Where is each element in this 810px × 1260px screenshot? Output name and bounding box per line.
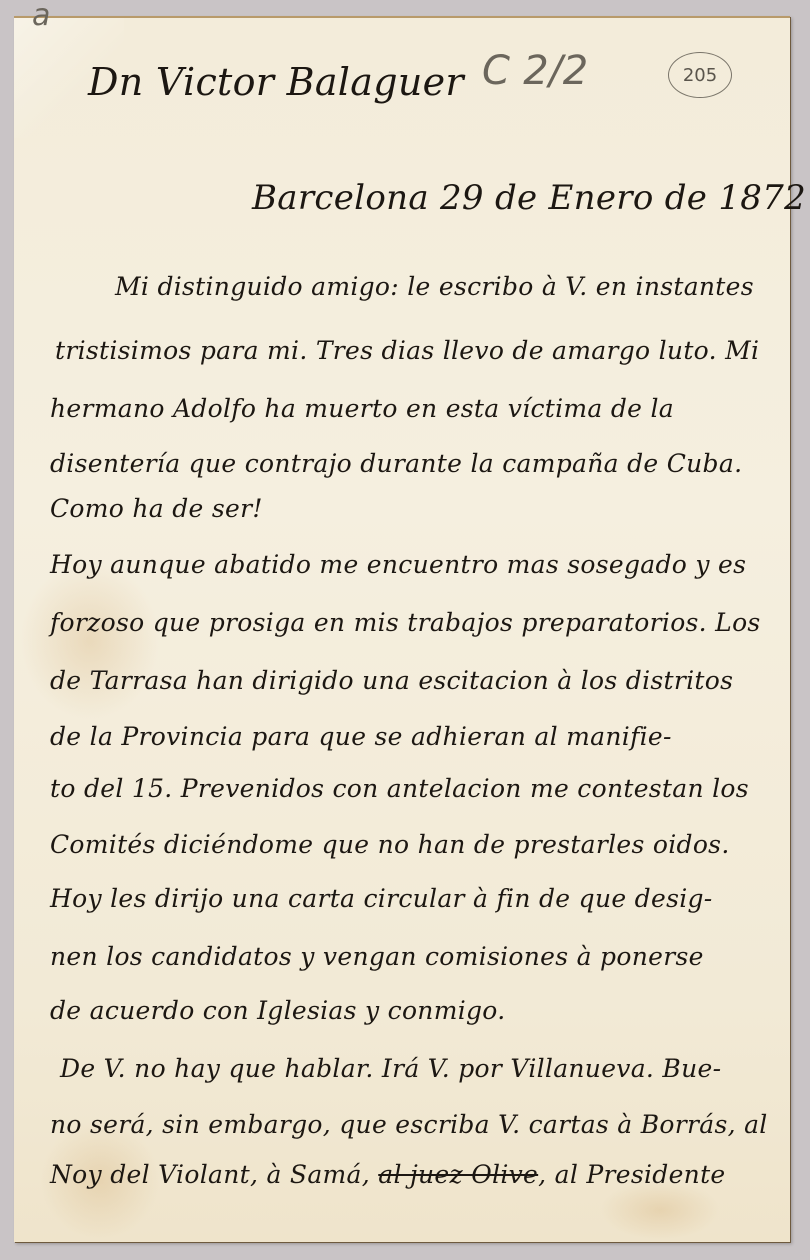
last-line-start: Noy del Violant, à Samá,: [50, 1160, 370, 1189]
letter-line: de acuerdo con Iglesias y conmigo.: [50, 996, 505, 1025]
letter-line: Como ha de ser!: [50, 494, 263, 523]
archive-number-text: 205: [683, 65, 717, 86]
letter-line: Mi distinguido amigo: le escribo à V. en…: [115, 272, 754, 301]
addressee: Dn Victor Balaguer: [88, 60, 464, 104]
letter-line: forzoso que prosiga en mis trabajos prep…: [50, 608, 761, 637]
folio-mark: C 2/2: [482, 48, 589, 94]
letter-line: de Tarrasa han dirigido una escitacion à…: [50, 666, 733, 695]
letter-line: Comités diciéndome que no han de prestar…: [50, 830, 730, 859]
letter-line: de la Provincia para que se adhieran al …: [50, 722, 672, 751]
last-line-tail: , al Presidente: [538, 1160, 725, 1189]
letter-line: Hoy aunque abatido me encuentro mas sose…: [50, 550, 746, 579]
letter-line: nen los candidatos y vengan comisiones à…: [50, 942, 704, 971]
letter-line: disentería que contrajo durante la campa…: [50, 449, 742, 478]
letter-line: hermano Adolfo ha muerto en esta víctima…: [50, 394, 674, 423]
letter-line-last: Noy del Violant, à Samá, al juez Olive, …: [50, 1160, 726, 1189]
letter-line: no será, sin embargo, que escriba V. car…: [50, 1110, 768, 1139]
letter-line: to del 15. Prevenidos con antelacion me …: [50, 774, 749, 803]
letter-line: De V. no hay que hablar. Irá V. por Vill…: [60, 1054, 721, 1083]
struck-text: al juez Olive: [378, 1160, 538, 1189]
letter-line: tristisimos para mi. Tres dias llevo de …: [55, 336, 759, 365]
dateline: Barcelona 29 de Enero de 1872: [252, 178, 806, 218]
margin-mark: a: [32, 0, 51, 33]
letter-line: Hoy les dirijo una carta circular à fin …: [50, 884, 713, 913]
archive-number: 205: [668, 52, 732, 98]
